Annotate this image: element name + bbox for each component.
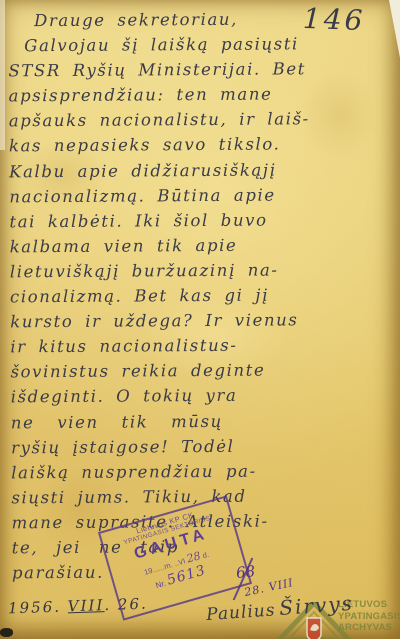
letter-line: tai kalbėti. Iki šiol buvo <box>9 206 395 234</box>
letter-line: apsisprendžiau: ten mane <box>9 81 395 109</box>
letter-line: lietuviškąjį buržuazinį na- <box>10 257 396 285</box>
letter-line: kalbama vien tik apie <box>10 231 396 259</box>
letter-line: šovinistus reikia deginte <box>10 357 396 385</box>
ink-blot <box>0 628 13 637</box>
letter-date-month: VIII <box>67 596 104 615</box>
letter-line: kursto ir uždega? Ir vienus <box>10 307 396 335</box>
letter-line: nacionalizmą. Būtina apie <box>9 181 395 209</box>
handwritten-letter-body: Drauge sekretoriau, Galvojau šį laišką p… <box>8 6 398 586</box>
vytis-shield-icon <box>307 618 321 639</box>
letter-line: apšauks nacionalistu, ir laiš- <box>9 106 395 134</box>
letter-line: Kalbu apie didžiarusiškąjį <box>9 156 395 184</box>
letter-line: STSR Ryšių Ministerijai. Bet <box>8 56 394 84</box>
stamp-number-label: Nr. <box>155 579 167 590</box>
letter-line: laišką nusprendžiau pa- <box>11 457 397 485</box>
watermark-line: ARCHYVAS <box>338 622 400 634</box>
paper-edge-highlight <box>0 0 5 150</box>
letter-line: kas nepasieks savo tikslo. <box>9 131 395 159</box>
letter-line: ir kitus nacionalistus- <box>10 332 396 360</box>
letter-line: Drauge sekretoriau, <box>34 6 394 34</box>
letter-line: išdeginti. O tokių yra <box>11 382 397 410</box>
letter-line: Galvojau šį laišką pasiųsti <box>24 31 394 59</box>
letter-line: ryšių įstaigose! Todėl <box>11 432 397 460</box>
letter-line: ne vien tik mūsų <box>11 407 397 435</box>
stamp-date-suffix: d. <box>201 550 210 560</box>
letter-date-year: 1956. <box>8 598 62 618</box>
scanned-letter-page: 146 Drauge sekretoriau, Galvojau šį laiš… <box>0 0 400 639</box>
letter-line: cionalizmą. Bet kas gi jį <box>10 282 396 310</box>
